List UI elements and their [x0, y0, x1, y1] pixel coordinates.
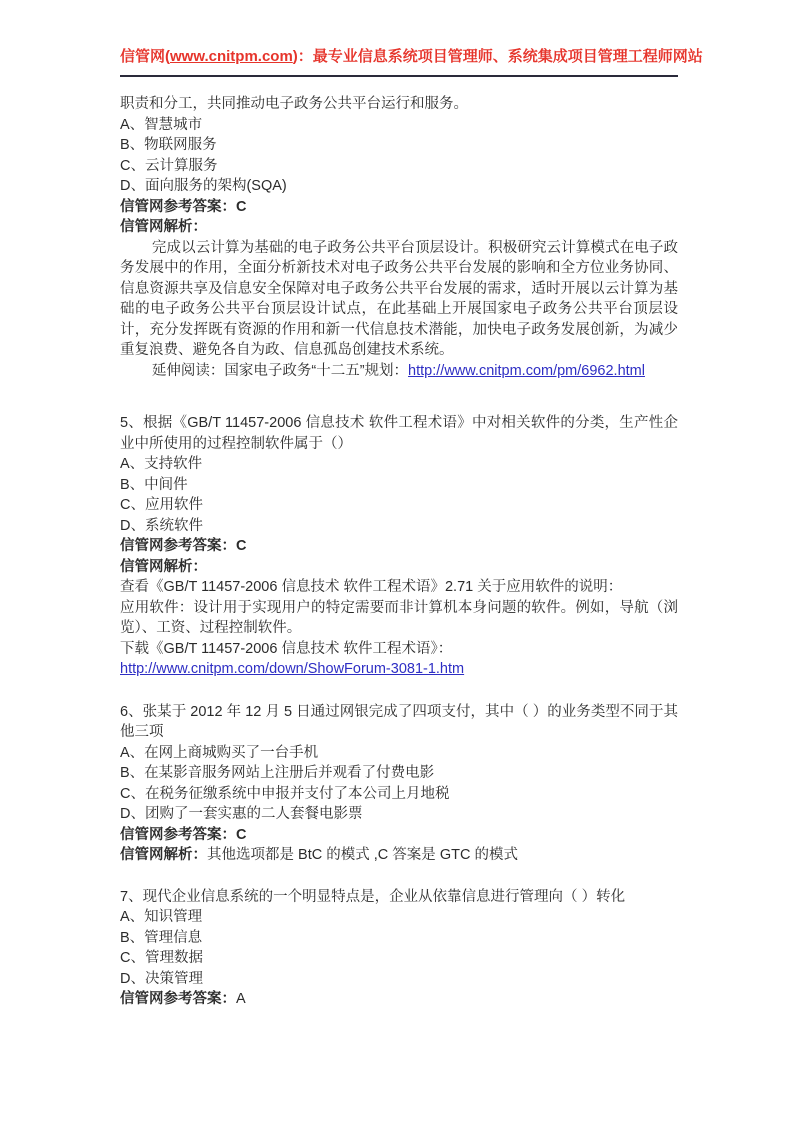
q4-option-b: B、物联网服务: [120, 135, 678, 156]
q5-answer-letter: C: [236, 538, 246, 554]
q4-answer-line: 信管网参考答案：C: [120, 197, 678, 218]
q5-download-line: http://www.cnitpm.com/down/ShowForum-308…: [120, 659, 678, 680]
q5-analysis-line-3: 下载《GB/T 11457-2006 信息技术 软件工程术语》：: [120, 639, 678, 660]
q4-extended-reading-label: 延伸阅读：国家电子政务“十二五”规划：: [152, 363, 408, 379]
question-6-block: 6、张某于 2012 年 12 月 5 日通过网银完成了四项支付，其中（ ）的业…: [120, 702, 678, 866]
q6-option-b: B、在某影音服务网站上注册后并观看了付费电影: [120, 763, 678, 784]
q7-option-b: B、管理信息: [120, 928, 678, 949]
q5-answer-line: 信管网参考答案：C: [120, 536, 678, 557]
site-url-link[interactable]: www.cnitpm.com: [170, 48, 293, 65]
q7-option-a: A、知识管理: [120, 907, 678, 928]
q6-stem: 6、张某于 2012 年 12 月 5 日通过网银完成了四项支付，其中（ ）的业…: [120, 702, 678, 743]
q5-answer-label: 信管网参考答案：: [120, 538, 236, 554]
q7-answer-label: 信管网参考答案：: [120, 991, 236, 1007]
q7-answer-line: 信管网参考答案：A: [120, 989, 678, 1010]
q6-answer-letter: C: [236, 827, 246, 843]
section-gap: [120, 381, 678, 413]
q7-answer-letter: A: [236, 991, 246, 1007]
q4-answer-label: 信管网参考答案：: [120, 199, 236, 215]
site-tagline: )：最专业信息系统项目管理师、系统集成项目管理工程师网站: [293, 48, 703, 65]
q5-stem: 5、根据《GB/T 11457-2006 信息技术 软件工程术语》中对相关软件的…: [120, 413, 678, 454]
q4-extended-reading: 延伸阅读：国家电子政务“十二五”规划：http://www.cnitpm.com…: [120, 361, 678, 382]
q6-option-a: A、在网上商城购买了一台手机: [120, 743, 678, 764]
document-body: 职责和分工，共同推动电子政务公共平台运行和服务。 A、智慧城市 B、物联网服务 …: [120, 94, 678, 1010]
q5-option-d: D、系统软件: [120, 516, 678, 537]
section-gap: [120, 680, 678, 702]
q6-answer-line: 信管网参考答案：C: [120, 825, 678, 846]
q6-analysis-text: 其他选项都是 BtC 的模式 ,C 答案是 GTC 的模式: [207, 847, 518, 863]
q6-analysis-label: 信管网解析：: [120, 847, 207, 863]
q5-option-b: B、中间件: [120, 475, 678, 496]
q5-option-c: C、应用软件: [120, 495, 678, 516]
question-5-block: 5、根据《GB/T 11457-2006 信息技术 软件工程术语》中对相关软件的…: [120, 413, 678, 680]
q4-analysis-label: 信管网解析：: [120, 217, 678, 238]
q4-option-c: C、云计算服务: [120, 156, 678, 177]
question-7-block: 7、现代企业信息系统的一个明显特点是，企业从依靠信息进行管理向（ ）转化 A、知…: [120, 887, 678, 1010]
document-page: 信管网(www.cnitpm.com)：最专业信息系统项目管理师、系统集成项目管…: [0, 0, 793, 1122]
q4-answer-letter: C: [236, 199, 246, 215]
q5-download-link[interactable]: http://www.cnitpm.com/down/ShowForum-308…: [120, 661, 464, 677]
q4-extended-reading-link[interactable]: http://www.cnitpm.com/pm/6962.html: [408, 363, 645, 379]
q5-analysis-line-2: 应用软件：设计用于实现用户的特定需要而非计算机本身问题的软件。例如，导航（浏览）…: [120, 598, 678, 639]
site-header: 信管网(www.cnitpm.com)：最专业信息系统项目管理师、系统集成项目管…: [120, 46, 678, 77]
q7-option-c: C、管理数据: [120, 948, 678, 969]
question-4-block: 职责和分工，共同推动电子政务公共平台运行和服务。 A、智慧城市 B、物联网服务 …: [120, 94, 678, 381]
q4-stem-continuation: 职责和分工，共同推动电子政务公共平台运行和服务。: [120, 94, 678, 115]
q5-analysis-line-1: 查看《GB/T 11457-2006 信息技术 软件工程术语》2.71 关于应用…: [120, 577, 678, 598]
q6-analysis-line: 信管网解析：其他选项都是 BtC 的模式 ,C 答案是 GTC 的模式: [120, 845, 678, 866]
q4-option-d: D、面向服务的架构(SQA): [120, 176, 678, 197]
q4-option-a: A、智慧城市: [120, 115, 678, 136]
q7-option-d: D、决策管理: [120, 969, 678, 990]
q6-option-c: C、在税务征缴系统中申报并支付了本公司上月地税: [120, 784, 678, 805]
q5-analysis-label: 信管网解析：: [120, 557, 678, 578]
section-gap: [120, 866, 678, 887]
q7-stem: 7、现代企业信息系统的一个明显特点是，企业从依靠信息进行管理向（ ）转化: [120, 887, 678, 908]
q4-analysis-paragraph: 完成以云计算为基础的电子政务公共平台顶层设计。积极研究云计算模式在电子政务发展中…: [120, 238, 678, 361]
site-name: 信管网(: [120, 48, 170, 65]
q5-option-a: A、支持软件: [120, 454, 678, 475]
q6-option-d: D、团购了一套实惠的二人套餐电影票: [120, 804, 678, 825]
q6-answer-label: 信管网参考答案：: [120, 827, 236, 843]
